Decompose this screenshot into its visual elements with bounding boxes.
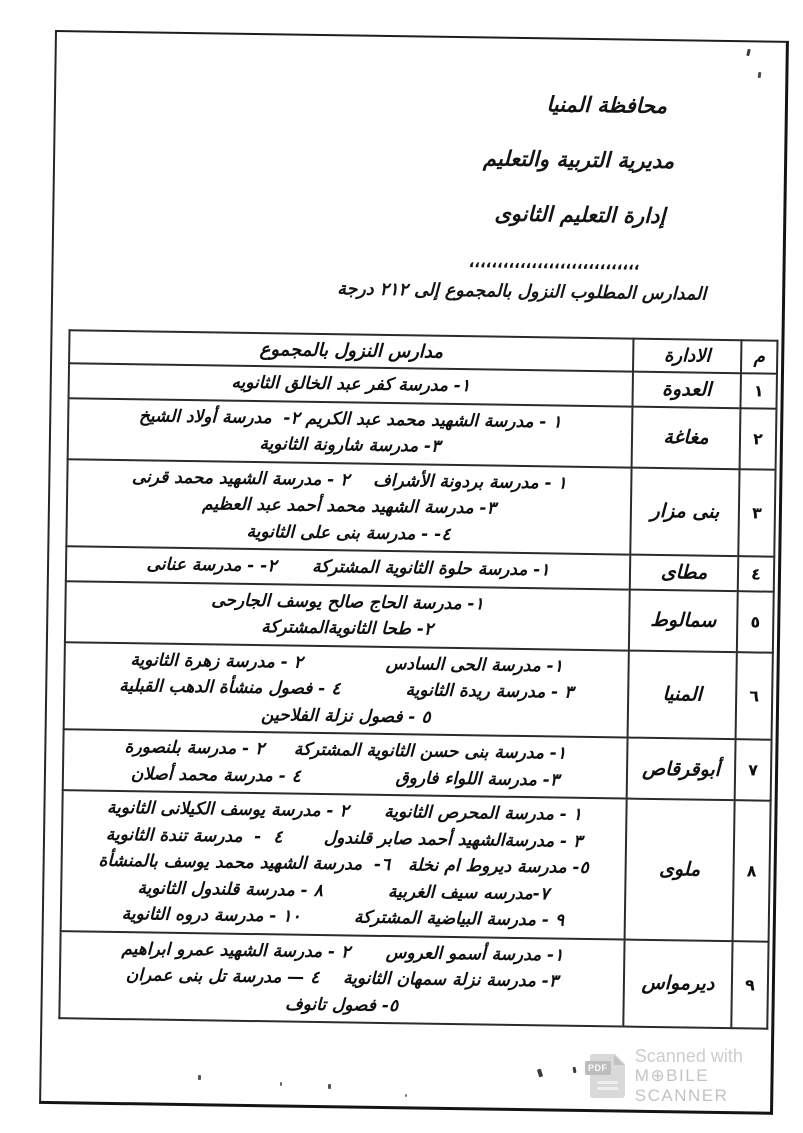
schools-list-cell: ١- مدرسة أسمو العروس ٢ - مدرسة الشهيد عم… [59,931,624,1027]
row-number-cell: ٦ [736,652,773,740]
school-list-line: ١- مدرسة حلوة الثانوية المشتركة ٢- - مدر… [75,550,621,585]
table-row: ٥سمالوط١- مدرسة الحاج صالح يوسف الجارحى٢… [65,581,774,652]
separator-quotes: ،،،،،،،،،،،،،،،،،،،،،،،،،،،،،، [54,247,783,276]
table-row: ٣بنى مزار١ - مدرسة بردونة الأشراف ٢ - مد… [66,459,775,557]
table-row: ٢مغاغة١ - مدرسة الشهيد محمد عبد الكريم ٢… [68,398,777,469]
department-line: إدارة التعليم الثانوى [54,192,783,233]
watermark-app-name: M⊕BILE SCANNER [635,1066,803,1106]
row-number-cell: ٨ [733,800,771,941]
school-list-line: ١- مدرسة كفر عبد الخالق الثانويه [78,367,624,402]
schools-list-cell: ١ - مدرسة المحرص الثانوية ٢ - مدرسة يوسف… [61,790,627,939]
column-header-admin: الادارة [633,339,741,374]
schools-table-body: ١العدوة١- مدرسة كفر عبد الخالق الثانويه٢… [59,363,777,1028]
scanned-document-canvas: محافظة المنيا مديرية التربية والتعليم إد… [0,0,803,1133]
table-row: ٩ديرمواس١- مدرسة أسمو العروس ٢ - مدرسة ا… [59,931,768,1029]
row-number-cell: ٥ [737,591,774,653]
schools-list-cell: ١ - مدرسة الشهيد محمد عبد الكريم ٢- مدرس… [68,398,633,467]
row-number-cell: ٩ [731,941,768,1029]
admin-name-cell: مغاغة [632,406,741,469]
admin-name-cell: العدوة [632,372,740,408]
admin-name-cell: مطاى [630,555,738,591]
row-number-cell: ٢ [740,408,777,470]
ink-speck [405,1094,407,1097]
directorate-line: مديرية التربية والتعليم [55,137,784,178]
row-number-cell: ٣ [738,469,775,557]
table-row: ٧أبوقرقاص١- مدرسة بنى حسن الثانوية المشت… [63,729,772,800]
page-border-frame: محافظة المنيا مديرية التربية والتعليم إد… [39,30,789,1115]
governorate-line: محافظة المنيا [56,82,785,123]
row-number-cell: ٤ [738,556,775,591]
admin-name-cell: ملوى [625,799,735,941]
schools-list-cell: ١ - مدرسة بردونة الأشراف ٢ - مدرسة الشهي… [66,459,631,555]
page-title: المدارس المطلوب النزول بالمجموع إلى ٢١٢ … [53,272,782,309]
document-header: محافظة المنيا مديرية التربية والتعليم إد… [53,82,785,309]
row-number-cell: ٧ [735,739,772,801]
table-row: ٦المنيا١- مدرسة الحى السادس ٢ - مدرسة زه… [64,642,773,740]
ink-speck [328,1084,331,1089]
admin-name-cell: أبوقرقاص [627,738,736,801]
table-row: ٨ملوى١ - مدرسة المحرص الثانوية ٢ - مدرسة… [61,790,771,941]
column-header-number: م [741,340,777,374]
row-number-cell: ١ [740,373,777,408]
schools-list-cell: ١- مدرسة بنى حسن الثانوية المشتركة ٢ - م… [63,729,628,798]
admin-name-cell: المنيا [628,650,737,739]
watermark-scanned-with: Scanned with [635,1046,803,1066]
pdf-file-icon: PDF [590,1054,625,1098]
schools-list-cell: ١- مدرسة الحى السادس ٢ - مدرسة زهرة الثا… [64,642,629,738]
schools-table: م الادارة مدارس النزول بالمجموع ١العدوة١… [58,329,778,1029]
schools-list-cell: ١- مدرسة الحاج صالح يوسف الجارحى٢- طحا ا… [65,581,630,650]
ink-speck [280,1082,282,1086]
pdf-badge-label: PDF [585,1061,611,1075]
scanner-watermark: PDF Scanned with M⊕BILE SCANNER [590,1046,803,1106]
ink-speck [198,1075,201,1080]
admin-name-cell: بنى مزار [630,467,739,556]
admin-name-cell: ديرمواس [623,939,732,1028]
admin-name-cell: سمالوط [629,589,738,652]
